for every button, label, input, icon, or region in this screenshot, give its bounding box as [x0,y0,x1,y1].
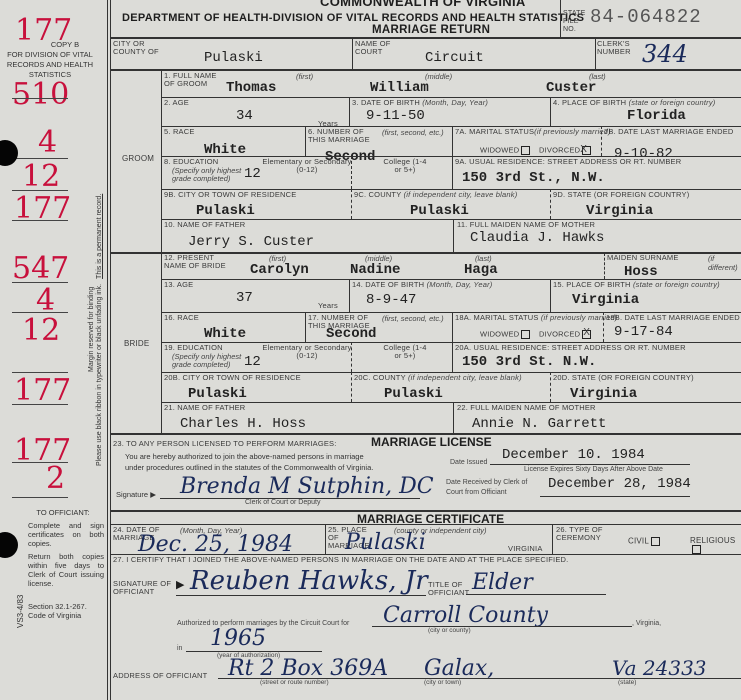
license-title: MARRIAGE LICENSE [371,435,492,449]
groom-mother: Claudia J. Hawks [470,230,604,246]
groom-last-ended-label: 7b. DATE LAST MARRIAGE ENDED [604,128,734,136]
license-authorization-text: You are hereby authorized to join the ab… [125,451,373,473]
copy-b-label: COPY B [0,40,100,50]
frame-line [550,189,551,219]
bride-education-label: 19. EDUCATION [164,344,223,352]
state-caption: (state) [618,679,636,686]
maiden-hint: (if different) [708,254,741,272]
officiant-state-zip: Va 24333 [612,656,707,680]
civil-option[interactable]: CIVIL [628,537,660,546]
frame-line [604,253,605,279]
check-mark: X [580,146,587,154]
frame-line [161,253,162,433]
frame-line [305,126,306,156]
to-officiant-text-1: Complete and sign certificates on both c… [28,521,104,548]
marital-hint: (if previously married) [534,127,611,136]
binding-note-2: Please use black ribbon in typewriter or… [96,194,103,466]
groom-age-label: 2. AGE [164,99,189,107]
bride-maiden-label: MAIDEN SURNAME [607,254,679,262]
bride-divorced-option[interactable]: DIVORCEDX [539,330,591,339]
pob-label-text: 4. PLACE OF BIRTH [553,98,626,107]
bride-last-ended-label: 18b. DATE LAST MARRIAGE ENDED [606,314,740,322]
bride-name-label: 12. PRESENT NAME OF BRIDE [164,254,234,270]
officiant-sig-label-text: SIGNATURE OF OFFICIANT [113,579,171,596]
bride-city-label: 20b. CITY OR TOWN OF RESIDENCE [164,374,301,382]
frame-line [351,189,352,219]
bride-state-label: 20d. STATE (OR FOREIGN COUNTRY) [553,374,694,382]
margin-rule [12,98,68,99]
virginia-suffix: , Virginia, [632,620,661,627]
county-label-text: 20c. COUNTY [354,373,406,382]
groom-race-label: 5. RACE [164,128,195,136]
margin-rule [12,404,68,405]
edu-college-label: College (1-4 or 5+) [380,344,430,360]
red-annotation: 510 [12,80,69,110]
groom-state-label: 9d. STATE (OR FOREIGN COUNTRY) [553,191,689,199]
bride-widowed-option[interactable]: WIDOWED [480,330,530,339]
groom-name-label: 1. FULL NAME OF GROOM [164,72,224,88]
margin-rule [12,497,68,498]
left-margin: 177 COPY B FOR DIVISION OF VITAL RECORDS… [0,0,108,700]
groom-city-label: 9b. CITY OR TOWN OF RESIDENCE [164,191,297,199]
copy-desc: FOR DIVISION OF VITAL RECORDS AND HEALTH… [0,50,100,80]
middle-hint: (middle) [425,72,452,81]
bride-dob-label: 14. DATE OF BIRTH (Month, Day, Year) [352,281,492,289]
dob-hint: (Month, Day, Year) [427,280,493,289]
to-officiant-note: TO OFFICIANT: Complete and sign certific… [28,508,104,620]
frame-line [453,402,454,433]
civil-checkbox[interactable] [651,537,660,546]
clerk-signature: Brenda M Sutphin, DC [180,474,434,499]
court-line [372,626,632,627]
arrow-right-icon: ▶ [150,490,156,499]
divorced-checkbox[interactable]: X [582,146,591,155]
groom-county: Pulaski [410,203,469,219]
groom-divorced-option[interactable]: DIVORCEDX [539,146,591,155]
frame-line [595,37,596,70]
bride-age-label: 13. AGE [164,281,193,289]
groom-mother-label: 11. FULL MAIDEN NAME OF MOTHER [457,221,595,229]
marital-label-text: 18a. MARITAL STATUS [455,313,539,322]
groom-residence: 150 3rd St., N.W. [462,170,605,186]
officiant-title-label: TITLE OF OFFICIANT [428,581,468,597]
license-signature-label: Signature ▶ [116,490,156,499]
date-received-value: December 28, 1984 [548,476,691,492]
officiant-title: Elder [472,570,533,595]
frame-line [552,524,553,554]
county-hint: (if independent city, leave blank) [404,190,518,199]
groom-dob-label: 3. DATE OF BIRTH (Month, Day, Year) [352,99,488,107]
date-issued-label: Date Issued [450,459,487,466]
bride-county: Pulaski [384,386,443,402]
arrow-right-icon: ▶ [176,578,184,591]
frame-line [325,524,326,554]
date-issued-line [490,464,690,465]
groom-pob-label: 4. PLACE OF BIRTH (state or foreign coun… [553,99,715,107]
civil-label: CIVIL [628,537,649,546]
section-reference: Section 32.1-267. Code of Virginia [28,602,88,620]
groom-pob: Florida [627,108,686,124]
widowed-label: WIDOWED [480,329,519,338]
bride-age: 37 [236,290,253,306]
to-officiant-text-2: Return both copies within five days to C… [28,552,104,588]
to-officiant-title: TO OFFICIANT: [22,508,104,517]
in-label: in [177,645,182,652]
officiant-address-label: ADDRESS OF OFFICIANT [113,672,207,680]
frame-line [351,342,352,372]
binding-note-1: Margin reserved for binding [88,287,95,372]
copy-label: COPY B FOR DIVISION OF VITAL RECORDS AND… [0,40,100,80]
religious-checkbox[interactable] [692,545,701,554]
widowed-label: WIDOWED [480,145,519,154]
education-hint: (Specify only highest grade completed) [172,167,242,183]
red-annotation: 2 [46,464,65,494]
groom-state: Virginia [586,203,653,219]
bride-pob-label: 15. PLACE OF BIRTH (state or foreign cou… [553,281,720,289]
city-caption: (city or town) [424,679,461,686]
bride-last-ended: 9-17-84 [614,324,673,340]
county-label-text: 9c. COUNTY [354,190,401,199]
binding-note-ink: Please use black ribbon in typewriter or… [96,284,103,466]
num-marriage-hint: (first, second, etc.) [382,314,444,323]
divorced-label: DIVORCED [539,145,580,154]
authorizing-court-caption: (city or county) [428,627,471,634]
frame-line [603,312,604,342]
license-text-1: You are hereby authorized to join the ab… [125,451,373,462]
bride-marital-label: 18a. MARITAL STATUS (if previously marri… [455,314,618,322]
ceremony-type-label: 26. TYPE OF CEREMONY [556,526,606,542]
years-label: Years [318,302,338,310]
religious-option[interactable]: RELIGIOUS [690,537,741,554]
marriage-place-state: VIRGINIA [508,545,543,553]
date-received-label: Date Received by Clerk of Court from Off… [446,478,531,498]
certify-statement: 27. I CERTIFY THAT I JOINED THE ABOVE-NA… [113,556,568,564]
red-annotation: 177 [14,376,71,406]
signature-label-text: Signature [116,490,148,499]
title-line [466,594,606,595]
state-file-number: 84-064822 [590,6,702,28]
form-title: MARRIAGE RETURN [372,24,490,36]
marriage-place-value: Pulaski [345,530,426,555]
dob-label-text: 14. DATE OF BIRTH [352,280,424,289]
groom-last-name: Custer [546,80,596,96]
officiant-signature: Reuben Hawks, Jr [190,566,428,596]
groom-edu-elementary: 12 [244,166,261,182]
frame-line [110,524,741,525]
pob-hint: (state or foreign country) [629,98,716,107]
groom-widowed-option[interactable]: WIDOWED [480,146,530,155]
bride-race: White [204,326,246,342]
groom-father: Jerry S. Custer [188,234,314,250]
marital-label-text: 7a. MARITAL STATUS [455,127,534,136]
frame-line [452,312,453,342]
frame-line [550,372,551,402]
groom-city: Pulaski [196,203,255,219]
groom-father-label: 10. NAME OF FATHER [164,221,245,229]
religious-label: RELIGIOUS [690,536,735,545]
license-expiry-note: License Expires Sixty Days After Above D… [524,466,663,473]
frame-line [351,156,352,189]
edu-elem-label: Elementary or Secondary (0-12) [262,344,352,360]
bride-edu-elementary: 12 [244,354,261,370]
edu-elem-label: Elementary or Secondary (0-12) [262,158,352,174]
groom-age: 34 [236,108,253,124]
divorced-label: DIVORCED [539,329,580,338]
frame-line [560,0,561,37]
margin-rule [12,220,68,221]
frame-line [452,342,453,372]
red-annotation: 12 [22,316,60,346]
dob-hint: (Month, Day, Year) [422,98,488,107]
county-hint: (if independent city, leave blank) [408,373,522,382]
bride-county-label: 20c. COUNTY (if independent city, leave … [354,374,522,382]
state-file-label: STATE FILE NO. [563,10,585,34]
pob-label-text: 15. PLACE OF BIRTH [553,280,631,289]
frame-line [110,0,111,700]
groom-num-marriage-label: 6. NUMBER OF THIS MARRIAGE [308,128,378,144]
bride-dob: 8-9-47 [366,292,416,308]
punch-hole [0,140,18,166]
groom-marital-label: 7a. MARITAL STATUS(if previously married… [455,128,611,136]
pob-hint: (state or foreign country) [633,280,720,289]
groom-education-label: 8. EDUCATION [164,158,218,166]
frame-line [452,156,453,189]
clerk-number-value: 344 [642,40,688,68]
num-marriage-hint: (first, second, etc.) [382,128,444,137]
frame-line [601,126,602,156]
dob-label-text: 3. DATE OF BIRTH [352,98,420,107]
officiant-signature-label: SIGNATURE OF OFFICIANT [113,580,173,596]
bride-first-name: Carolyn [250,262,309,278]
license-text-2: under procedures outlined in the statute… [125,462,373,473]
bride-father: Charles H. Hoss [180,416,306,432]
red-annotation: 547 [12,254,69,284]
divorced-checkbox[interactable]: X [582,330,591,339]
form-code: VS3-4/83 [16,595,25,628]
groom-county-label: 9c. COUNTY (if independent city, leave b… [354,191,517,199]
red-annotation: 4 [38,128,57,158]
frame-line [453,219,454,252]
punch-hole [0,532,18,558]
frame-line [351,372,352,402]
bride-residence: 150 3rd St. N.W. [462,354,596,370]
frame-line [161,219,741,220]
education-hint: (Specify only highest grade completed) [172,353,242,369]
groom-middle-name: William [370,80,429,96]
frame-line [110,37,741,39]
date-issued-value: December 10. 1984 [502,447,645,463]
bride-residence-label: 20a. USUAL RESIDENCE: STREET ADDRESS OR … [455,344,686,352]
bride-middle-name: Nadine [350,262,400,278]
frame-line [550,97,551,126]
frame-line [305,312,306,342]
groom-first-name: Thomas [226,80,276,96]
court-value: Circuit [425,50,484,66]
signature-line [176,595,426,596]
frame-line [352,37,353,70]
city-county-label: CITY OR COUNTY OF [113,40,163,56]
bride-pob: Virginia [572,292,639,308]
frame-line [452,126,453,156]
bride-father-label: 21. NAME OF FATHER [164,404,245,412]
clerk-number-label: CLERK'S NUMBER [597,40,639,56]
department-title: DEPARTMENT OF HEALTH-DIVISION OF VITAL R… [122,12,584,24]
authorizing-court: Carroll County [383,603,548,628]
first-hint: (first) [296,72,313,81]
bride-city: Pulaski [188,386,247,402]
permanent-record-note: This is a permanent record. [96,194,103,279]
bride-num-marriage: Second [326,326,376,342]
clerk-caption: Clerk of Court or Deputy [245,499,320,506]
check-mark: X [583,329,590,337]
street-caption: (street or route number) [260,679,329,686]
frame-line [349,279,350,312]
frame-line [550,279,551,312]
groom-residence-label: 9a. USUAL RESIDENCE: STREET ADDRESS OR R… [455,158,681,166]
bride-last-name: Haga [464,262,498,278]
license-item-label: 23. TO ANY PERSON LICENSED TO PERFORM MA… [113,440,337,448]
widowed-checkbox[interactable] [521,330,530,339]
red-annotation: 12 [22,162,60,192]
date-received-line [540,496,690,497]
frame-line [107,0,108,700]
authorization-year: 1965 [210,626,266,651]
officiant-city: Galax, [424,656,494,681]
frame-line [349,97,350,126]
court-label: NAME OF COURT [355,40,395,56]
bride-race-label: 16. RACE [164,314,199,322]
bride-section-label: BRIDE [124,340,149,348]
widowed-checkbox[interactable] [521,146,530,155]
bride-mother-label: 22. FULL MAIDEN NAME OF MOTHER [457,404,596,412]
groom-section-label: GROOM [122,155,154,163]
bride-state: Virginia [570,386,637,402]
bride-maiden-name: Hoss [624,264,658,280]
groom-dob: 9-11-50 [366,108,425,124]
edu-college-label: College (1-4 or 5+) [380,158,430,174]
frame-line [161,402,741,403]
city-county-value: Pulaski [204,50,263,66]
commonwealth-title: COMMONWEALTH OF VIRGINIA [320,0,526,9]
bride-mother: Annie N. Garrett [472,416,606,432]
